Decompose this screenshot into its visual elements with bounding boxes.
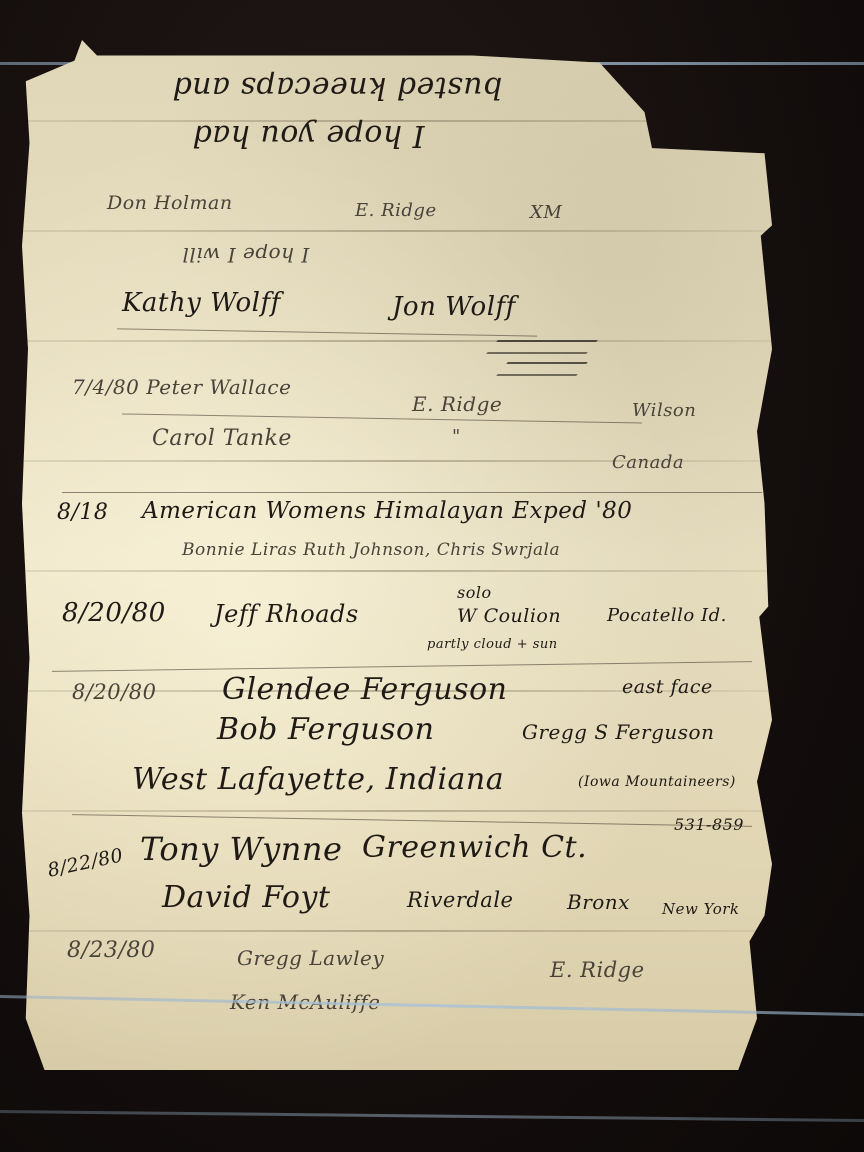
- entry-date: 8/22/80: [46, 844, 126, 881]
- entry-date: 8/20/80: [72, 680, 156, 704]
- entry-upside-down-2: I hope you had: [192, 118, 425, 153]
- weather-note: partly cloud + sun: [427, 637, 558, 652]
- route: E. Ridge: [550, 958, 645, 982]
- entry-date: 7/4/80: [72, 375, 139, 399]
- fold-crease: [22, 230, 772, 232]
- entry-upside-down-3: I hope I will: [182, 243, 309, 267]
- scribble-mark: [496, 362, 588, 376]
- ruled-line: [122, 413, 642, 423]
- phone-fragment: 531-859: [674, 815, 744, 834]
- route: E. Ridge: [412, 392, 502, 416]
- hometown: Greenwich Ct.: [362, 830, 587, 865]
- scribble-mark: [486, 340, 598, 354]
- climber-name: Gregg Lawley: [237, 946, 384, 970]
- climber-name: Carol Tanke: [152, 426, 292, 451]
- entry-date: 8/20/80: [62, 598, 166, 628]
- climber-names: Bonnie Liras Ruth Johnson, Chris Swrjala: [182, 540, 560, 560]
- climber-name: Bob Ferguson: [217, 712, 434, 747]
- climber-name: Peter Wallace: [146, 375, 291, 399]
- ruled-line: [52, 661, 752, 672]
- handwritten-line: busted kneecaps and: [172, 70, 502, 105]
- route: E. Ridge: [355, 200, 437, 221]
- fold-crease: [22, 570, 772, 572]
- location: Canada: [612, 452, 684, 473]
- climber-name: Kathy Wolff: [122, 288, 281, 318]
- expedition-name: American Womens Himalayan Exped '80: [142, 498, 632, 524]
- climber-name: Jon Wolff: [392, 292, 516, 322]
- ruled-line: [62, 492, 762, 493]
- climber-name: David Foyt: [162, 880, 330, 915]
- ditto-mark: ": [452, 426, 461, 447]
- climber-name: Gregg S Ferguson: [522, 720, 714, 744]
- climber-name: Jeff Rhoads: [214, 600, 359, 628]
- ruled-line: [72, 814, 752, 827]
- fold-crease: [22, 810, 772, 812]
- handwritten-line: I hope you had: [192, 118, 425, 153]
- climber-name: Don Holman: [107, 192, 233, 214]
- handwritten-line: I hope I will: [182, 243, 309, 267]
- fold-crease: [22, 930, 772, 932]
- glass-reflection-bottom: [0, 1110, 864, 1122]
- fold-crease: [22, 340, 772, 342]
- route: east face: [622, 676, 713, 698]
- hometown: West Lafayette, Indiana: [132, 762, 504, 797]
- location: Wilson: [632, 400, 696, 421]
- note: XM: [530, 202, 562, 223]
- climber-name: Tony Wynne: [140, 830, 342, 868]
- location: Pocatello Id.: [607, 605, 727, 626]
- hometown: Bronx: [567, 890, 630, 914]
- note-solo: solo: [457, 583, 492, 602]
- club-name: (Iowa Mountaineers): [578, 774, 736, 790]
- entry-date: 8/18: [57, 500, 108, 525]
- register-paper: busted kneecaps and I hope you had Don H…: [22, 40, 772, 1070]
- entry-upside-down-1: busted kneecaps and: [172, 70, 502, 105]
- ruled-line: [117, 328, 537, 336]
- hometown: New York: [662, 900, 740, 918]
- entry-date: 8/23/80: [67, 938, 155, 963]
- climber-name: Glendee Ferguson: [222, 672, 507, 707]
- hometown: Riverdale: [407, 888, 513, 912]
- route: W Coulion: [457, 605, 561, 627]
